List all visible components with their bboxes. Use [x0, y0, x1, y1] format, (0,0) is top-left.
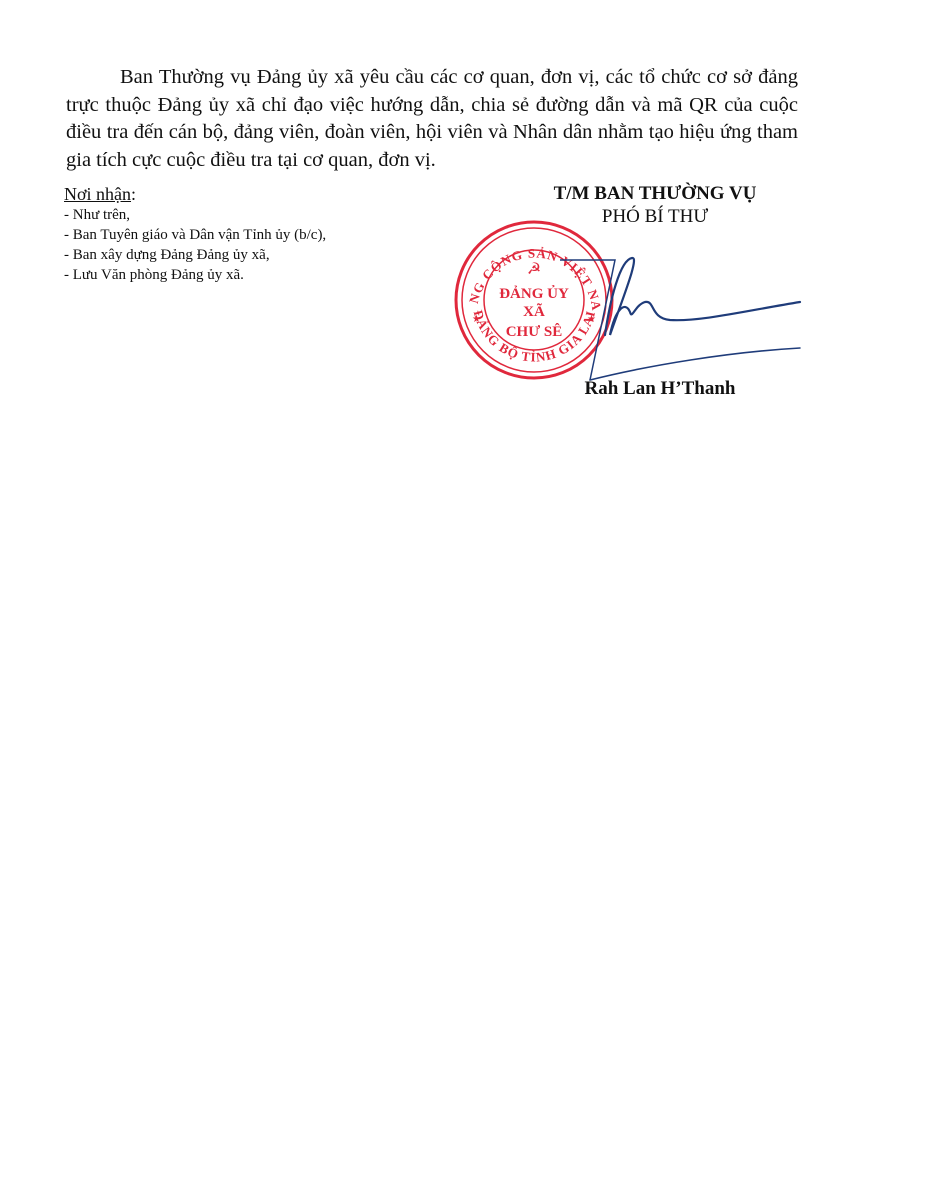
svg-text:★: ★: [472, 314, 481, 325]
recipient-item: - Ban xây dựng Đảng Đảng ủy xã,: [64, 245, 326, 265]
body-paragraph-text: Ban Thường vụ Đảng ủy xã yêu cầu các cơ …: [66, 66, 798, 171]
svg-text:XÃ: XÃ: [523, 302, 545, 320]
recipients-block: Nơi nhận: - Như trên, - Ban Tuyên giáo v…: [64, 183, 326, 285]
svg-text:CHƯ SÊ: CHƯ SÊ: [506, 323, 563, 340]
recipient-item: - Ban Tuyên giáo và Dân vận Tỉnh ủy (b/c…: [64, 225, 326, 245]
on-behalf-heading: T/M BAN THƯỜNG VỤ: [495, 182, 815, 206]
svg-text:☭: ☭: [527, 261, 541, 278]
handwritten-signature-icon: [560, 240, 810, 390]
recipients-label: Nơi nhận:: [64, 183, 326, 205]
body-paragraph: Ban Thường vụ Đảng ủy xã yêu cầu các cơ …: [66, 64, 798, 174]
recipient-item: - Như trên,: [64, 205, 326, 225]
recipient-item: - Lưu Văn phòng Đảng ủy xã.: [64, 265, 326, 285]
svg-text:ĐẢNG ỦY: ĐẢNG ỦY: [499, 285, 569, 302]
